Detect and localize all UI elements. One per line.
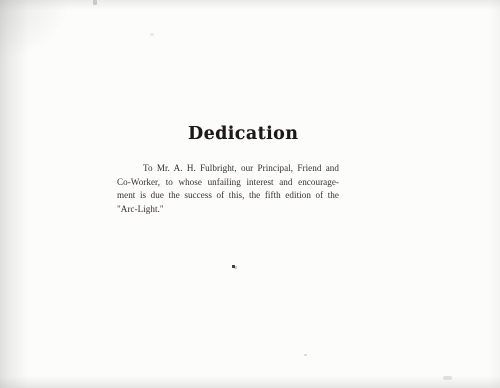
page-edge-shadow-right <box>488 0 500 388</box>
ink-dot <box>232 265 235 268</box>
scanned-dedication-page: Dedication To Mr. A. H. Fulbright, our P… <box>0 0 500 388</box>
scan-speck <box>93 0 97 5</box>
scan-speck <box>150 33 154 36</box>
scan-speck <box>304 354 307 356</box>
dedication-line-3: ment is due the success of this, the fif… <box>117 189 339 203</box>
dedication-paragraph: To Mr. A. H. Fulbright, our Principal, F… <box>117 162 339 216</box>
page-edge-shadow-top <box>0 0 500 10</box>
page-edge-shadow-left <box>0 0 30 388</box>
page-edge-shadow-bottom <box>0 376 500 388</box>
dedication-line-4: "Arc-Light." <box>117 203 339 217</box>
scan-speck <box>443 376 452 380</box>
page-title: Dedication <box>188 125 298 144</box>
page-corner-shadow <box>0 0 70 60</box>
dedication-line-1: To Mr. A. H. Fulbright, our Principal, F… <box>117 162 339 176</box>
dedication-line-2: Co-Worker, to whose unfailing interest a… <box>117 176 339 190</box>
